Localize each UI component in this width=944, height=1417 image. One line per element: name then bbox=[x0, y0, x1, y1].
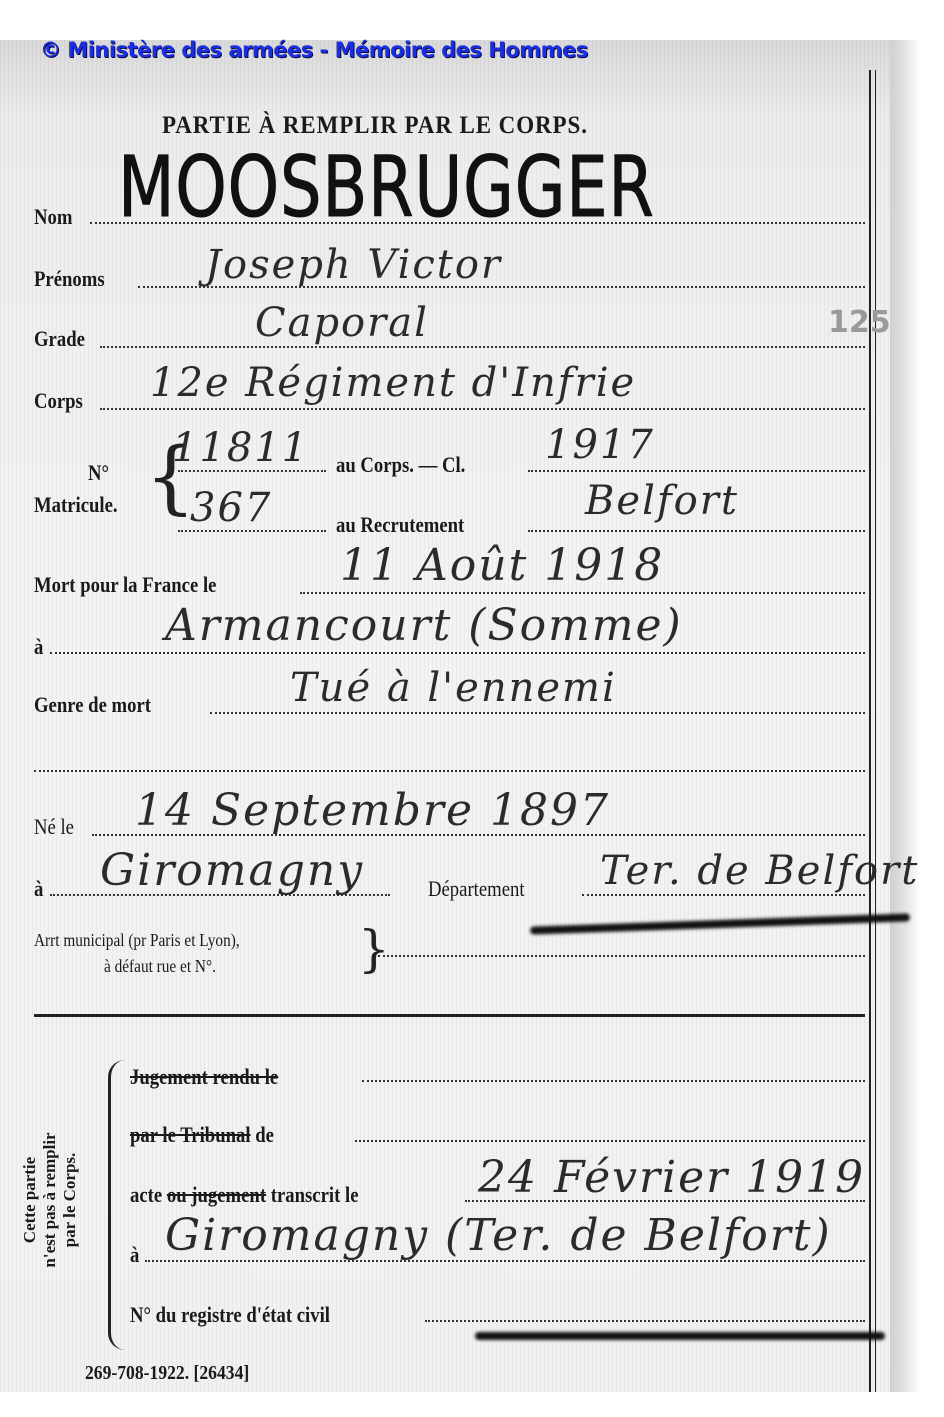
nom-value: MOOSBRUGGER bbox=[118, 138, 655, 236]
side-note-line-3: par le Corps. bbox=[60, 1075, 80, 1325]
registre-line bbox=[425, 1320, 865, 1322]
side-note-line-1: Cette partie bbox=[20, 1075, 40, 1325]
mort-lieu-line bbox=[50, 652, 865, 654]
grade-value: Caporal bbox=[255, 300, 429, 346]
prenoms-value: Joseph Victor bbox=[205, 242, 502, 288]
lower-brace bbox=[108, 1060, 125, 1350]
margin-line-2 bbox=[875, 70, 876, 1392]
extra-line bbox=[34, 770, 865, 772]
naissance-lieu-label: à bbox=[34, 876, 43, 902]
transcrit-label-post: transcrit le bbox=[271, 1182, 359, 1207]
transcrit-lieu-label: à bbox=[130, 1242, 139, 1268]
tribunal-line bbox=[355, 1140, 865, 1142]
matricule-recrutement-label: au Recrutement bbox=[336, 512, 464, 538]
jugement-line bbox=[362, 1080, 865, 1082]
corps-label: Corps bbox=[34, 388, 83, 414]
mort-date-line bbox=[300, 592, 865, 594]
form-heading: PARTIE À REMPLIR PAR LE CORPS. bbox=[162, 112, 588, 140]
nom-label: Nom bbox=[34, 204, 72, 230]
classe-value: 1917 bbox=[545, 422, 655, 468]
matricule-recrutement-value: 367 bbox=[190, 485, 272, 531]
genre-mort-value: Tué à l'ennemi bbox=[290, 665, 617, 711]
grade-line bbox=[100, 346, 865, 348]
transcrit-label-pre: acte bbox=[130, 1182, 162, 1207]
arrondissement-label-2: à défaut rue et N°. bbox=[104, 956, 216, 977]
form-reference: 269-708-1922. [26434] bbox=[85, 1362, 249, 1385]
copyright-watermark: © Ministère des armées - Mémoire des Hom… bbox=[40, 38, 588, 62]
tribunal-label: par le Tribunal de bbox=[130, 1122, 274, 1148]
transcrit-label: acte ou jugement transcrit le bbox=[130, 1182, 358, 1208]
genre-mort-label: Genre de mort bbox=[34, 692, 151, 718]
matricule-label-no: N° bbox=[88, 460, 109, 486]
matricule-corps-label: au Corps. — Cl. bbox=[336, 452, 465, 478]
grade-label: Grade bbox=[34, 326, 85, 352]
matricule-corps-value: 11811 bbox=[172, 425, 309, 471]
mort-lieu-label: à bbox=[34, 634, 43, 660]
side-note-line-2: n'est pas à remplir bbox=[40, 1075, 60, 1325]
stamp-number: 125 bbox=[828, 305, 891, 340]
recrutement-place-value: Belfort bbox=[585, 478, 739, 524]
ink-smudge-2 bbox=[475, 1332, 885, 1340]
mort-lieu-value: Armancourt (Somme) bbox=[165, 600, 683, 651]
classe-line bbox=[528, 470, 865, 472]
registre-label: N° du registre d'état civil bbox=[130, 1302, 330, 1328]
departement-line bbox=[582, 894, 865, 896]
recrutement-place-line bbox=[528, 530, 865, 532]
tribunal-label-rest: de bbox=[255, 1122, 274, 1147]
mort-date-value: 11 Août 1918 bbox=[340, 540, 664, 591]
naissance-date-value: 14 Septembre 1897 bbox=[135, 785, 610, 836]
paper-edge bbox=[890, 40, 920, 1392]
tribunal-label-struck: par le Tribunal bbox=[130, 1122, 251, 1147]
transcrit-value: 24 Février 1919 bbox=[478, 1152, 865, 1203]
arrondissement-line bbox=[378, 955, 865, 957]
genre-mort-line bbox=[210, 712, 865, 714]
departement-label: Département bbox=[428, 876, 525, 902]
arrondissement-label-1: Arrt municipal (pr Paris et Lyon), bbox=[34, 930, 240, 951]
mort-date-label: Mort pour la France le bbox=[34, 572, 216, 598]
jugement-label: Jugement rendu le bbox=[130, 1064, 278, 1090]
departement-value: Ter. de Belfort bbox=[600, 848, 919, 894]
matricule-label: Matricule. bbox=[34, 492, 118, 518]
transcrit-lieu-value: Giromagny (Ter. de Belfort) bbox=[165, 1210, 832, 1261]
naissance-lieu-value: Giromagny bbox=[100, 845, 364, 896]
corps-value: 12e Régiment d'Infrie bbox=[150, 360, 636, 406]
arrondissement-brace: } bbox=[358, 920, 390, 978]
corps-line bbox=[100, 408, 865, 410]
prenoms-label: Prénoms bbox=[34, 266, 105, 292]
side-note: Cette partie n'est pas à remplir par le … bbox=[20, 1075, 80, 1325]
margin-line bbox=[869, 70, 871, 1392]
naissance-date-label: Né le bbox=[34, 814, 74, 840]
section-divider bbox=[34, 1014, 865, 1017]
transcrit-label-struck: ou jugement bbox=[167, 1182, 266, 1207]
